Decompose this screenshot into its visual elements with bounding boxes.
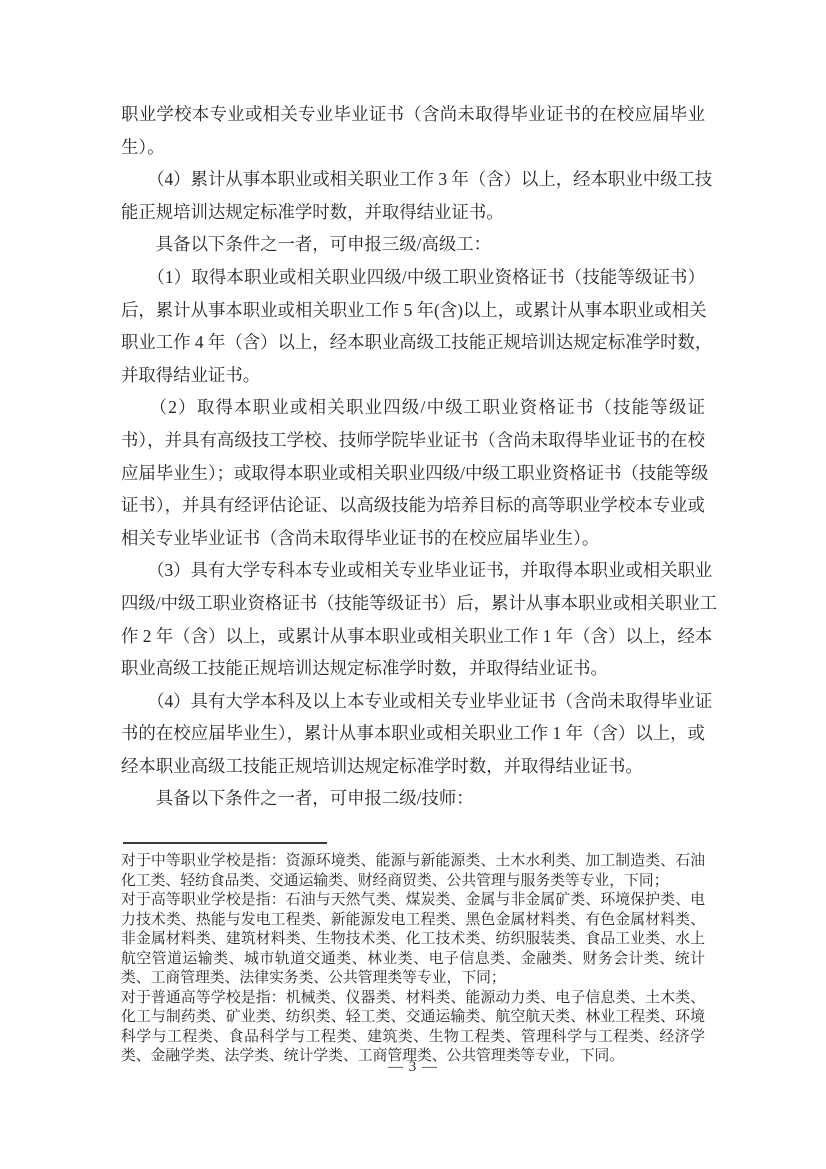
text-line: 相关专业毕业证书（含尚未取得毕业证书的在校应届毕业生）。 xyxy=(121,522,705,555)
text-line: 科学与工程类、食品科学与工程类、建筑类、生物工程类、管理科学与工程类、经济学 xyxy=(121,1028,705,1048)
text-line: 后，累计从事本职业或相关职业工作 5 年(含)以上，或累计从事本职业或相关 xyxy=(121,294,705,327)
text-line: 书），并具有高级技工学校、技师学院毕业证书（含尚未取得毕业证书的在校 xyxy=(121,424,705,457)
text-line: 具备以下条件之一者，可申报二级/技师： xyxy=(121,782,705,815)
text-line: （3）具有大学专科本专业或相关专业毕业证书，并取得本职业或相关职业 xyxy=(121,554,705,587)
text-line: 四级/中级工职业资格证书（技能等级证书）后，累计从事本职业或相关职业工 xyxy=(121,587,705,620)
footnotes-block: 对于中等职业学校是指：资源环境类、能源与新能源类、土木水利类、加工制造类、石油化… xyxy=(121,852,705,1067)
text-line: 书的在校应届毕业生），累计从事本职业或相关职业工作 1 年（含）以上，或 xyxy=(121,717,705,750)
text-line: 职业学校本专业或相关专业毕业证书（含尚未取得毕业证书的在校应届毕业 xyxy=(121,98,705,131)
body-text-block: 职业学校本专业或相关专业毕业证书（含尚未取得毕业证书的在校应届毕业生）。 （4）… xyxy=(121,98,705,815)
text-line: 应届毕业生）；或取得本职业或相关职业四级/中级工职业资格证书（技能等级 xyxy=(121,457,705,490)
text-line: 化工与制药类、矿业类、纺织类、轻工类、交通运输类、航空航天类、林业工程类、环境 xyxy=(121,1008,705,1028)
text-line: （4）累计从事本职业或相关职业工作 3 年（含）以上，经本职业中级工技 xyxy=(121,163,705,196)
text-line: 证书），并具有经评估论证、以高级技能为培养目标的高等职业学校本专业或 xyxy=(121,489,705,522)
text-line: 力技术类、热能与发电工程类、新能源发电工程类、黑色金属材料类、有色金属材料类、 xyxy=(121,911,705,931)
text-line: （4）具有大学本科及以上本专业或相关专业毕业证书（含尚未取得毕业证 xyxy=(121,685,705,718)
text-line: 类、工商管理类、法律实务类、公共管理类等专业，下同； xyxy=(121,969,705,989)
text-line: 能正规培训达规定标准学时数，并取得结业证书。 xyxy=(121,196,705,229)
text-line: 职业工作 4 年（含）以上，经本职业高级工技能正规培训达规定标准学时数， xyxy=(121,326,705,359)
text-line: 对于高等职业学校是指：石油与天然气类、煤炭类、金属与非金属矿类、环境保护类、电 xyxy=(121,891,705,911)
text-line: （2）取得本职业或相关职业四级/中级工职业资格证书（技能等级证 xyxy=(121,391,705,424)
text-line: 对于普通高等学校是指：机械类、仪器类、材料类、能源动力类、电子信息类、土木类、 xyxy=(121,989,705,1009)
text-line: 非金属材料类、建筑材料类、生物技术类、化工技术类、纺织服装类、食品工业类、水上 xyxy=(121,930,705,950)
text-line: 并取得结业证书。 xyxy=(121,359,705,392)
text-line: 生）。 xyxy=(121,131,705,164)
text-line: 航空管道运输类、城市轨道交通类、林业类、电子信息类、金融类、财务会计类、统计 xyxy=(121,950,705,970)
text-line: 具备以下条件之一者，可申报三级/高级工： xyxy=(121,228,705,261)
footnote-separator-rule xyxy=(123,842,327,844)
page-number: — 3 — xyxy=(0,1059,826,1076)
text-line: 对于中等职业学校是指：资源环境类、能源与新能源类、土木水利类、加工制造类、石油 xyxy=(121,852,705,872)
text-line: 作 2 年（含）以上，或累计从事本职业或相关职业工作 1 年（含）以上，经本 xyxy=(121,620,705,653)
text-line: 经本职业高级工技能正规培训达规定标准学时数，并取得结业证书。 xyxy=(121,750,705,783)
text-line: （1）取得本职业或相关职业四级/中级工职业资格证书（技能等级证书） xyxy=(121,261,705,294)
text-line: 职业高级工技能正规培训达规定标准学时数，并取得结业证书。 xyxy=(121,652,705,685)
document-page: 职业学校本专业或相关专业毕业证书（含尚未取得毕业证书的在校应届毕业生）。 （4）… xyxy=(0,0,826,1169)
text-line: 化工类、轻纺食品类、交通运输类、财经商贸类、公共管理与服务类等专业，下同； xyxy=(121,872,705,892)
